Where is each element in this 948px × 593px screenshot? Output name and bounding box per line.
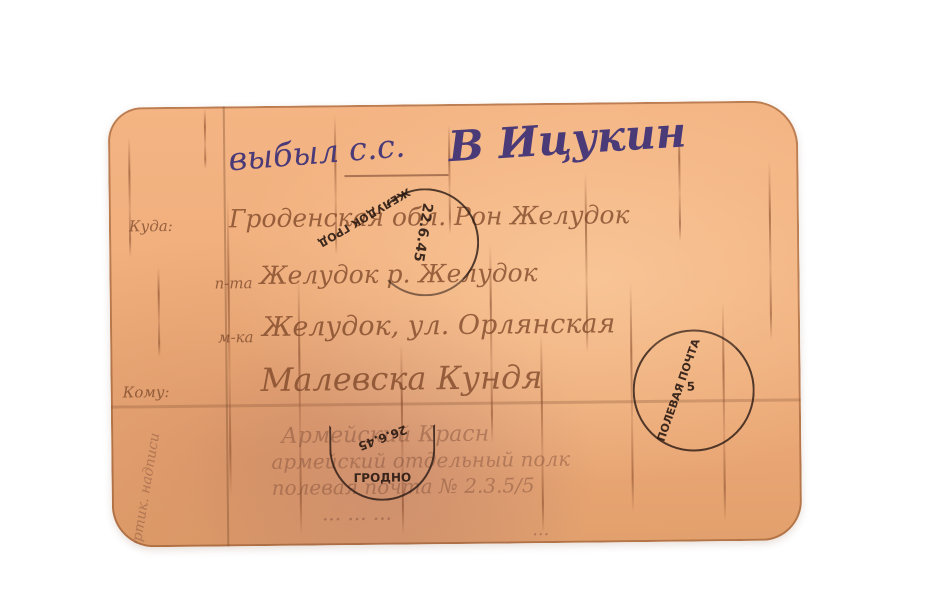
postmark-right: ПОЛЕВАЯ ПОЧТА 5 [632, 329, 755, 452]
postmark-top-date: 22.6.45 [410, 202, 435, 263]
sender-underline [344, 174, 448, 177]
label-post: п-та [214, 274, 252, 292]
label-to: Куда: [129, 217, 173, 235]
return-address-line-5: ... [532, 519, 549, 540]
postmark-right-outer: ПОЛЕВАЯ ПОЧТА [655, 337, 703, 443]
address-line-3: Желудок, ул. Орлянская [262, 308, 616, 343]
sender-prefix: выбыл с.с. [227, 126, 406, 178]
postmark-right-inner: 5 [687, 379, 696, 393]
postmark-bottom-outer: ГРОДНО [354, 470, 412, 485]
bark-streak [768, 161, 772, 341]
postmark-top: ЖЕЛУДОК ГРОД 22.6.45 [371, 188, 480, 297]
recipient-name: Малевска Кундя [260, 358, 542, 399]
bark-streak [157, 267, 160, 357]
bark-streak [204, 109, 207, 169]
postmark-bottom-date: 26.6.45 [356, 422, 409, 453]
bark-streak [128, 137, 131, 257]
birch-bark-postcard: выбыл с.с. В Ицукин Куда: Гроденская обл… [108, 100, 803, 547]
label-recipient: Кому: [123, 383, 170, 401]
sender-name: В Ицукин [447, 107, 688, 171]
return-address-line-4: ... ... ... [322, 501, 392, 526]
margin-notes: вертик. надписи [127, 432, 163, 548]
label-place: м-ка [218, 328, 254, 346]
